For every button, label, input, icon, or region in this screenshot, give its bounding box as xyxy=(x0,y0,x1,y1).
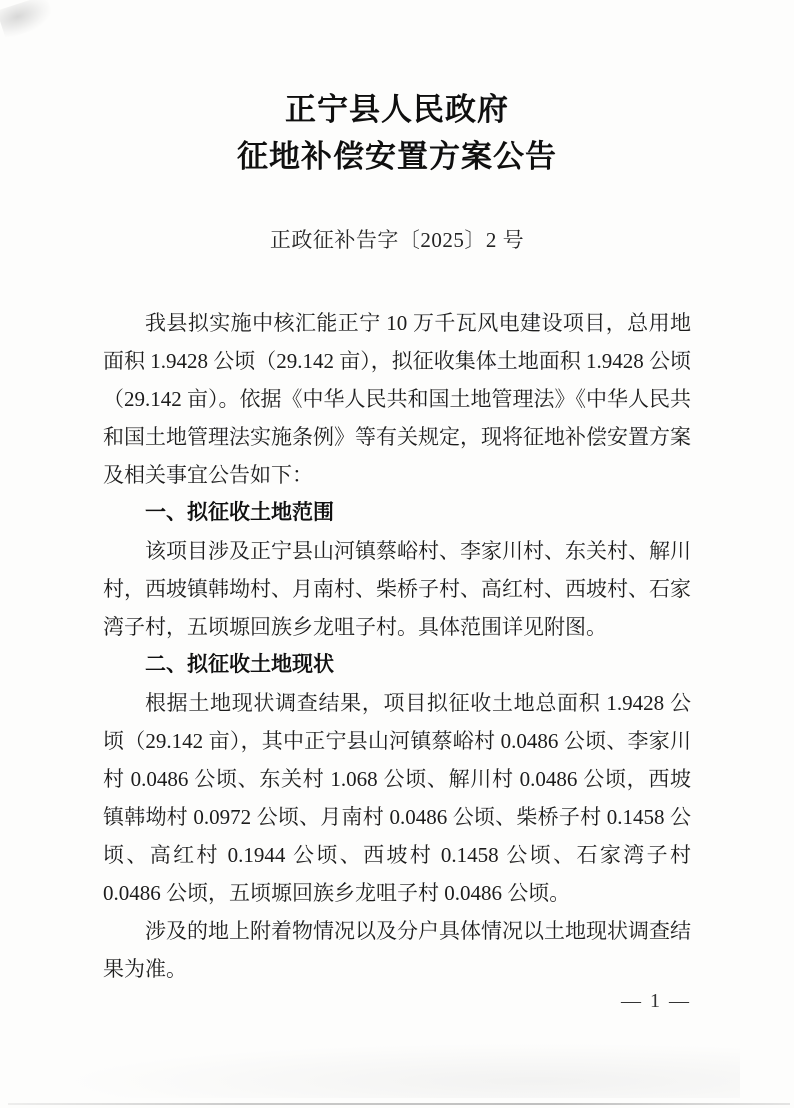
page-number: — 1 — xyxy=(621,990,691,1013)
scan-edge-line xyxy=(8,1103,790,1105)
scan-smudge-artifact xyxy=(0,0,55,39)
section-heading-land-scope: 一、拟征收土地范围 xyxy=(103,494,691,532)
document-title-line-1: 正宁县人民政府 xyxy=(103,86,691,133)
section-heading-land-status: 二、拟征收土地现状 xyxy=(103,646,691,684)
paragraph-intro: 我县拟实施中核汇能正宁 10 万千瓦风电建设项目，总用地面积 1.9428 公顷… xyxy=(103,304,691,494)
scan-noise-artifact xyxy=(60,1043,740,1098)
document-number: 正政征补告字〔2025〕2 号 xyxy=(103,226,691,254)
document-title: 正宁县人民政府 征地补偿安置方案公告 xyxy=(103,86,691,180)
paragraph-land-scope: 该项目涉及正宁县山河镇蔡峪村、李家川村、东关村、解川村，西坡镇韩坳村、月南村、柴… xyxy=(103,532,691,646)
document-body: 我县拟实施中核汇能正宁 10 万千瓦风电建设项目，总用地面积 1.9428 公顷… xyxy=(103,304,691,988)
scanned-document-page: 正宁县人民政府 征地补偿安置方案公告 正政征补告字〔2025〕2 号 我县拟实施… xyxy=(0,0,794,1108)
paragraph-land-status: 根据土地现状调查结果，项目拟征收土地总面积 1.9428 公顷（29.142 亩… xyxy=(103,684,691,912)
document-title-line-2: 征地补偿安置方案公告 xyxy=(103,133,691,180)
paragraph-attachments-note: 涉及的地上附着物情况以及分户具体情况以土地现状调查结果为准。 xyxy=(103,912,691,988)
